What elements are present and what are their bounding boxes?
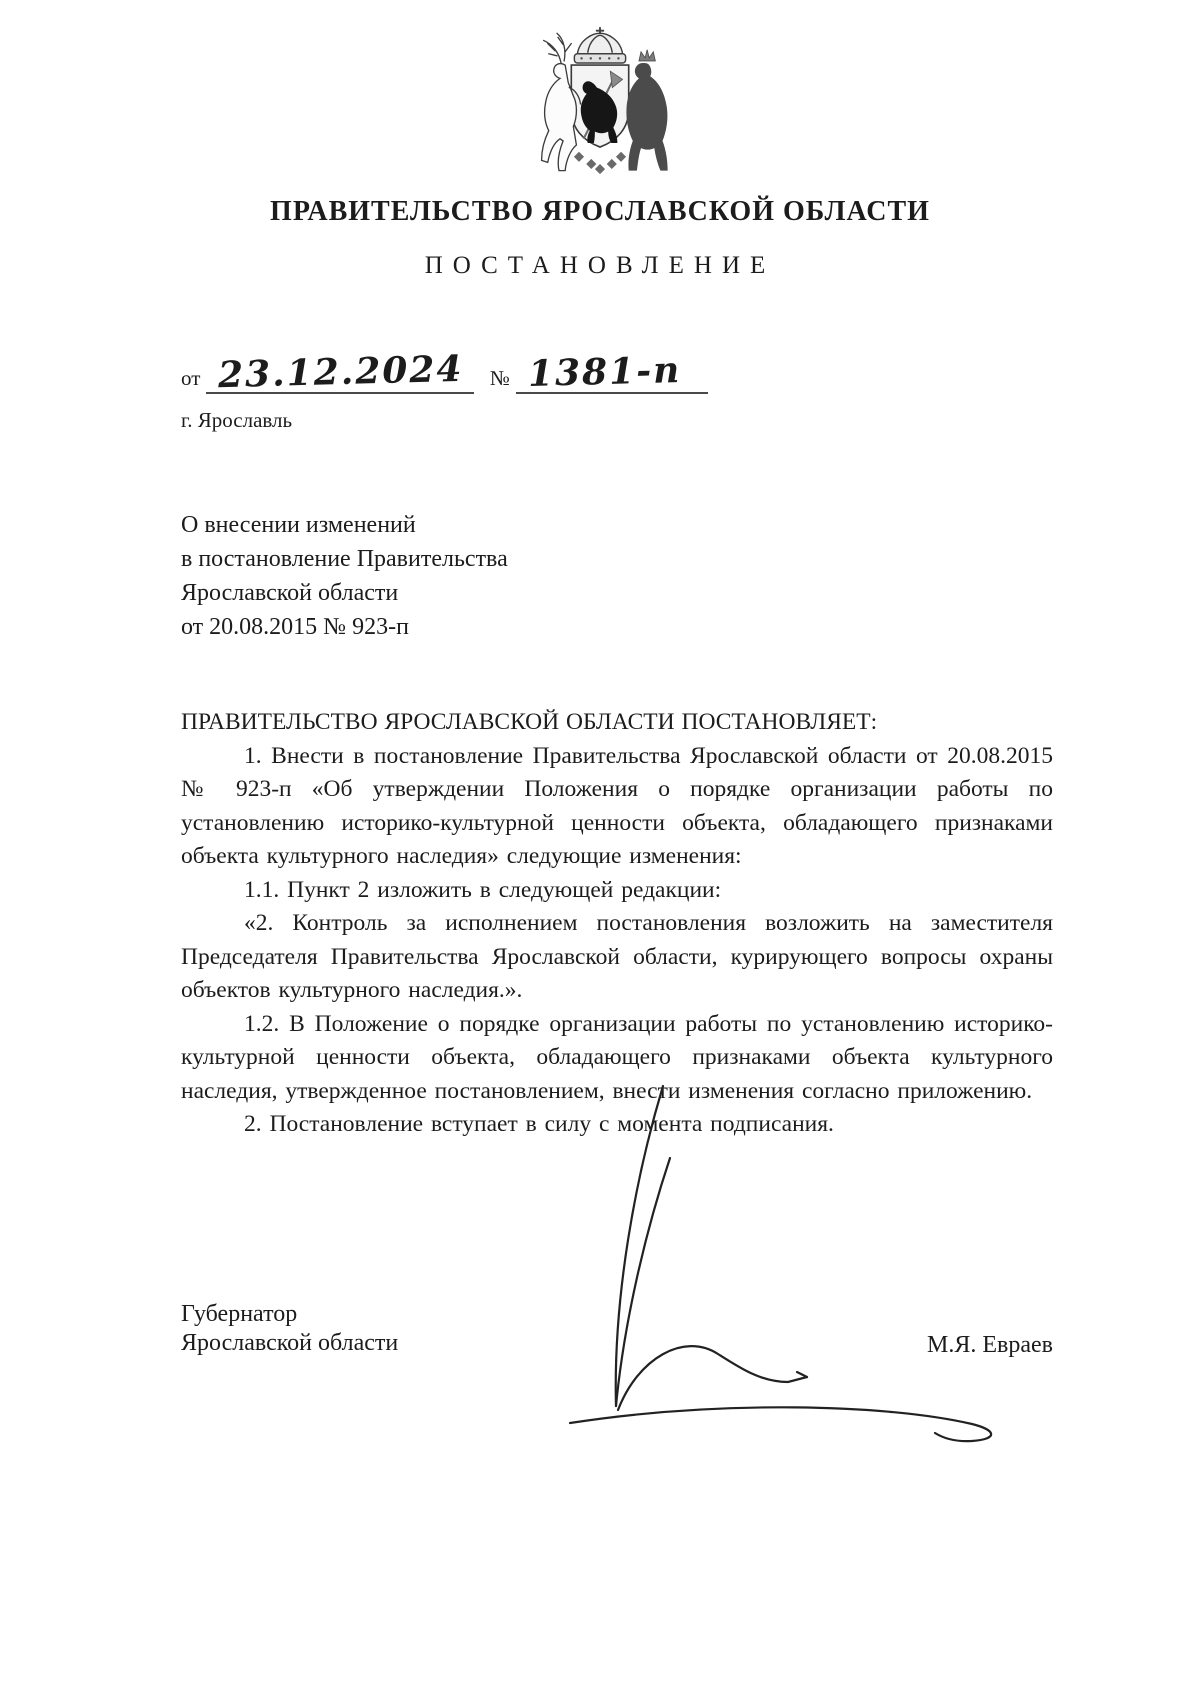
bear-supporter xyxy=(626,50,667,171)
body-paragraph: 2. Постановление вступает в силу с момен… xyxy=(181,1108,1053,1142)
signatory-name: М.Я. Евраев xyxy=(181,1332,1053,1359)
subject-line: О внесении изменений xyxy=(181,508,508,542)
coat-of-arms-icon xyxy=(518,26,682,182)
body-text: ПРАВИТЕЛЬСТВО ЯРОСЛАВСКОЙ ОБЛАСТИ ПОСТАН… xyxy=(181,706,1053,1142)
shield xyxy=(571,65,628,147)
subject-block: О внесении изменений в постановление Пра… xyxy=(181,508,508,644)
handwritten-date: 23.12.2024 xyxy=(218,349,464,395)
number-prefix-label: № xyxy=(490,366,510,394)
body-paragraph: 1.2. В Положение о порядке организации р… xyxy=(181,1008,1053,1109)
subject-line: в постановление Правительства xyxy=(181,542,508,576)
body-paragraph: 1. Внести в постановление Правительства … xyxy=(181,740,1053,874)
body-paragraph: 1.1. Пункт 2 изложить в следующей редакц… xyxy=(181,874,1053,908)
city-label: г. Ярославль xyxy=(181,408,292,433)
base-ornaments xyxy=(574,152,626,174)
subject-line: Ярославской области xyxy=(181,576,508,610)
number-field: 1381-п xyxy=(516,352,708,394)
signatory-position-line: Губернатор xyxy=(181,1300,398,1329)
doc-type-title: ПОСТАНОВЛЕНИЕ xyxy=(0,252,1200,280)
subject-line: от 20.08.2015 № 923-п xyxy=(181,610,508,644)
date-number-line: от 23.12.2024 № 1381-п xyxy=(181,352,708,394)
handwritten-number: 1381-п xyxy=(527,350,681,394)
date-field: 23.12.2024 xyxy=(206,352,473,394)
resolution-heading: ПРАВИТЕЛЬСТВО ЯРОСЛАВСКОЙ ОБЛАСТИ ПОСТАН… xyxy=(181,706,1053,740)
body-paragraph: «2. Контроль за исполнением постановлени… xyxy=(181,907,1053,1008)
date-prefix-label: от xyxy=(181,366,200,394)
crown-icon xyxy=(574,27,625,63)
deer-supporter xyxy=(542,33,581,170)
org-name-title: ПРАВИТЕЛЬСТВО ЯРОСЛАВСКОЙ ОБЛАСТИ xyxy=(0,196,1200,228)
document-page: ПРАВИТЕЛЬСТВО ЯРОСЛАВСКОЙ ОБЛАСТИ ПОСТАН… xyxy=(0,0,1200,1697)
